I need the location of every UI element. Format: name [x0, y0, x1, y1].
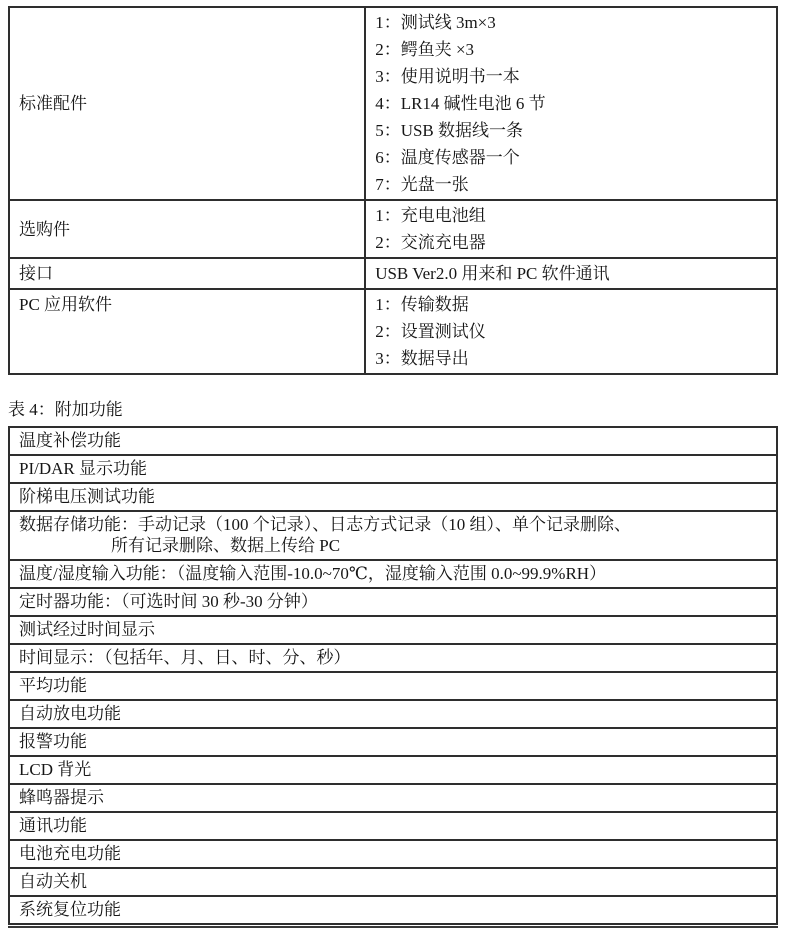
function-cell: 数据存储功能：手动记录（100 个记录）、日志方式记录（10 组）、单个记录删除…: [9, 511, 777, 560]
function-row: 系统复位功能: [9, 896, 777, 924]
spec-row-items-cell: USB Ver2.0 用来和 PC 软件通讯: [365, 258, 777, 289]
function-text: 测试经过时间显示: [19, 619, 767, 640]
spec-row-items-cell: 1：测试线 3m×32：鳄鱼夹 ×33：使用说明书一本4：LR14 碱性电池 6…: [365, 7, 777, 200]
function-row: 自动关机: [9, 868, 777, 896]
spec-item: 5：USB 数据线一条: [375, 117, 767, 144]
function-cell: LCD 背光: [9, 756, 777, 784]
function-cell: PI/DAR 显示功能: [9, 455, 777, 483]
spec-row-label: 接口: [9, 258, 365, 289]
table4-caption: 表 4：附加功能: [8, 399, 790, 421]
function-text: 自动放电功能: [19, 703, 767, 724]
function-row: 蜂鸣器提示: [9, 784, 777, 812]
function-row: 时间显示：（包括年、月、日、时、分、秒）: [9, 644, 777, 672]
spec-item: 2：交流充电器: [375, 229, 767, 256]
function-text: PI/DAR 显示功能: [19, 458, 767, 479]
function-text: 所有记录删除、数据上传给 PC: [19, 535, 767, 556]
function-text: 温度补偿功能: [19, 430, 767, 451]
function-text: 温度/湿度输入功能：（温度输入范围-10.0~70℃，湿度输入范围 0.0~99…: [19, 563, 767, 584]
function-text: LCD 背光: [19, 759, 767, 780]
spec-row-items-cell: 1：传输数据2：设置测试仪3：数据导出: [365, 289, 777, 374]
spec-item: 1：传输数据: [375, 291, 767, 318]
function-text: 数据存储功能：手动记录（100 个记录）、日志方式记录（10 组）、单个记录删除…: [19, 514, 767, 535]
spec-item: 2：设置测试仪: [375, 318, 767, 345]
function-text: 平均功能: [19, 675, 767, 696]
spec-item: 3：数据导出: [375, 345, 767, 372]
function-text: 电池充电功能: [19, 843, 767, 864]
function-row: 报警功能: [9, 728, 777, 756]
function-text: 自动关机: [19, 871, 767, 892]
function-cell: 时间显示：（包括年、月、日、时、分、秒）: [9, 644, 777, 672]
function-row: 测试经过时间显示: [9, 616, 777, 644]
spec-row-label: 选购件: [9, 200, 365, 258]
function-cell: 蜂鸣器提示: [9, 784, 777, 812]
function-cell: 自动关机: [9, 868, 777, 896]
function-cell: 系统复位功能: [9, 896, 777, 924]
function-text: 报警功能: [19, 731, 767, 752]
function-row: 平均功能: [9, 672, 777, 700]
function-cell: 温度/湿度输入功能：（温度输入范围-10.0~70℃，湿度输入范围 0.0~99…: [9, 560, 777, 588]
function-row: PI/DAR 显示功能: [9, 455, 777, 483]
spec-row-items-cell: 1：充电电池组2：交流充电器: [365, 200, 777, 258]
function-text: 时间显示：（包括年、月、日、时、分、秒）: [19, 647, 767, 668]
function-row: 自动放电功能: [9, 700, 777, 728]
spec-item: 1：测试线 3m×3: [375, 9, 767, 36]
function-cell: 通讯功能: [9, 812, 777, 840]
spec-row-label: PC 应用软件: [9, 289, 365, 374]
function-cell: 测试经过时间显示: [9, 616, 777, 644]
spec-item: 4：LR14 碱性电池 6 节: [375, 90, 767, 117]
function-row: 阶梯电压测试功能: [9, 483, 777, 511]
spec-table: 标准配件1：测试线 3m×32：鳄鱼夹 ×33：使用说明书一本4：LR14 碱性…: [8, 6, 778, 375]
function-row: 通讯功能: [9, 812, 777, 840]
additional-functions-table-body: 温度补偿功能PI/DAR 显示功能阶梯电压测试功能数据存储功能：手动记录（100…: [9, 427, 777, 924]
function-cell: 报警功能: [9, 728, 777, 756]
spec-item: 7：光盘一张: [375, 171, 767, 198]
spec-table-row: 标准配件1：测试线 3m×32：鳄鱼夹 ×33：使用说明书一本4：LR14 碱性…: [9, 7, 777, 200]
spec-item: 6：温度传感器一个: [375, 144, 767, 171]
spec-table-body: 标准配件1：测试线 3m×32：鳄鱼夹 ×33：使用说明书一本4：LR14 碱性…: [9, 7, 777, 374]
function-cell: 电池充电功能: [9, 840, 777, 868]
function-text: 系统复位功能: [19, 899, 767, 920]
spec-table-row: 接口USB Ver2.0 用来和 PC 软件通讯: [9, 258, 777, 289]
additional-functions-table: 温度补偿功能PI/DAR 显示功能阶梯电压测试功能数据存储功能：手动记录（100…: [8, 426, 778, 925]
spec-item: USB Ver2.0 用来和 PC 软件通讯: [375, 260, 767, 287]
function-row: 数据存储功能：手动记录（100 个记录）、日志方式记录（10 组）、单个记录删除…: [9, 511, 777, 560]
spec-item: 2：鳄鱼夹 ×3: [375, 36, 767, 63]
function-cell: 阶梯电压测试功能: [9, 483, 777, 511]
function-text: 蜂鸣器提示: [19, 787, 767, 808]
function-text: 定时器功能：（可选时间 30 秒-30 分钟）: [19, 591, 767, 612]
function-row: 电池充电功能: [9, 840, 777, 868]
function-row: 定时器功能：（可选时间 30 秒-30 分钟）: [9, 588, 777, 616]
function-row: 温度/湿度输入功能：（温度输入范围-10.0~70℃，湿度输入范围 0.0~99…: [9, 560, 777, 588]
function-cell: 温度补偿功能: [9, 427, 777, 455]
function-text: 阶梯电压测试功能: [19, 486, 767, 507]
function-text: 通讯功能: [19, 815, 767, 836]
spec-row-label: 标准配件: [9, 7, 365, 200]
spec-item: 1：充电电池组: [375, 202, 767, 229]
function-cell: 定时器功能：（可选时间 30 秒-30 分钟）: [9, 588, 777, 616]
function-cell: 自动放电功能: [9, 700, 777, 728]
function-row: LCD 背光: [9, 756, 777, 784]
function-cell: 平均功能: [9, 672, 777, 700]
document-page: 标准配件1：测试线 3m×32：鳄鱼夹 ×33：使用说明书一本4：LR14 碱性…: [0, 0, 790, 928]
spec-table-row: PC 应用软件1：传输数据2：设置测试仪3：数据导出: [9, 289, 777, 374]
function-row: 温度补偿功能: [9, 427, 777, 455]
spec-table-row: 选购件1：充电电池组2：交流充电器: [9, 200, 777, 258]
spec-item: 3：使用说明书一本: [375, 63, 767, 90]
